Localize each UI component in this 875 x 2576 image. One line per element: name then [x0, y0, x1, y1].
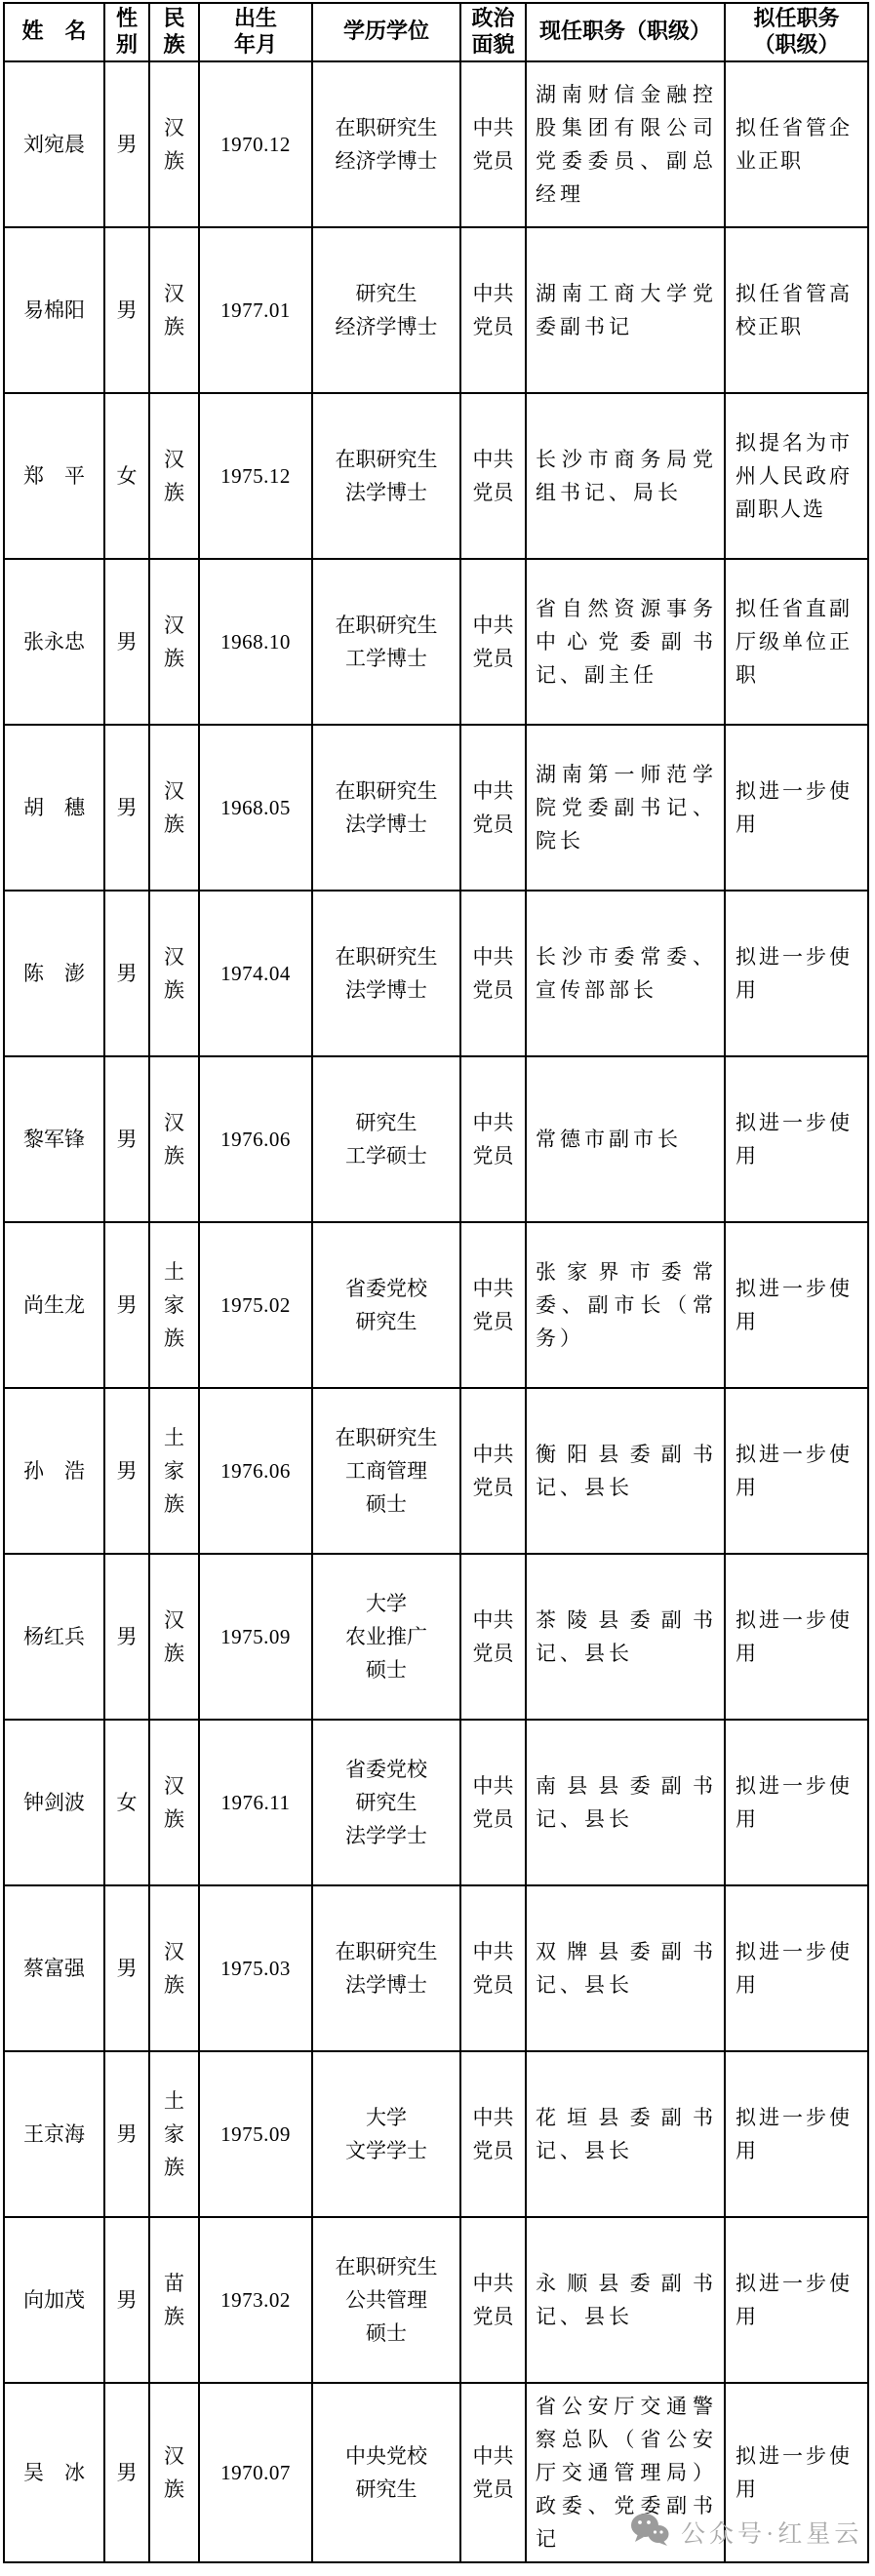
- birth-cell: 1976.06: [199, 1388, 312, 1554]
- current-cell: 湖南财信金融控股集团有限公司党委委员、副总经理: [526, 61, 725, 227]
- table-row: 蔡富强男汉 族1975.03在职研究生 法学博士中共 党员双牌县委副书记、县长拟…: [4, 1885, 868, 2051]
- name-cell: 钟剑波: [4, 1720, 104, 1885]
- name-cell: 刘宛晨: [4, 61, 104, 227]
- name-cell: 胡 穗: [4, 725, 104, 891]
- name-cell: 吴 冰: [4, 2383, 104, 2562]
- page: { "table": { "headers": ["姓 名", "性\n别", …: [0, 0, 875, 2576]
- ethnicity-cell: 汉 族: [149, 559, 199, 725]
- birth-cell: 1975.02: [199, 1222, 312, 1388]
- gender-cell: 男: [104, 2217, 149, 2383]
- header-birth-date: 出生 年月: [199, 3, 312, 61]
- proposed-cell: 拟进一步使用: [725, 1554, 868, 1720]
- ethnicity-cell: 苗 族: [149, 2217, 199, 2383]
- education-cell: 研究生 工学硕士: [312, 1056, 460, 1222]
- gender-cell: 男: [104, 1885, 149, 2051]
- name-cell: 孙 浩: [4, 1388, 104, 1554]
- table-row: 向加茂男苗 族1973.02在职研究生 公共管理 硕士中共 党员永顺县委副书记、…: [4, 2217, 868, 2383]
- education-cell: 在职研究生 法学博士: [312, 725, 460, 891]
- gender-cell: 男: [104, 227, 149, 393]
- proposed-cell: 拟任省直副厅级单位正职: [725, 559, 868, 725]
- ethnicity-cell: 汉 族: [149, 1720, 199, 1885]
- table-row: 钟剑波女汉 族1976.11省委党校 研究生 法学学士中共 党员南县县委副书记、…: [4, 1720, 868, 1885]
- table-row: 王京海男土 家 族1975.09大学 文学学士中共 党员花垣县委副书记、县长拟进…: [4, 2051, 868, 2217]
- party-cell: 中共 党员: [460, 393, 526, 559]
- education-cell: 大学 农业推广 硕士: [312, 1554, 460, 1720]
- header-political-status: 政治 面貌: [460, 3, 526, 61]
- proposed-cell: 拟进一步使用: [725, 1885, 868, 2051]
- education-cell: 省委党校 研究生 法学学士: [312, 1720, 460, 1885]
- gender-cell: 男: [104, 1388, 149, 1554]
- table-row: 孙 浩男土 家 族1976.06在职研究生 工商管理 硕士中共 党员衡阳县委副书…: [4, 1388, 868, 1554]
- party-cell: 中共 党员: [460, 1885, 526, 2051]
- party-cell: 中共 党员: [460, 559, 526, 725]
- birth-cell: 1973.02: [199, 2217, 312, 2383]
- ethnicity-cell: 汉 族: [149, 891, 199, 1056]
- table-row: 黎军锋男汉 族1976.06研究生 工学硕士中共 党员常德市副市长拟进一步使用: [4, 1056, 868, 1222]
- name-cell: 蔡富强: [4, 1885, 104, 2051]
- header-education: 学历学位: [312, 3, 460, 61]
- gender-cell: 男: [104, 1554, 149, 1720]
- gender-cell: 男: [104, 61, 149, 227]
- name-cell: 陈 澎: [4, 891, 104, 1056]
- header-ethnicity: 民 族: [149, 3, 199, 61]
- gender-cell: 男: [104, 2051, 149, 2217]
- table-row: 胡 穗男汉 族1968.05在职研究生 法学博士中共 党员湖南第一师范学院党委副…: [4, 725, 868, 891]
- gender-cell: 男: [104, 725, 149, 891]
- proposed-cell: 拟进一步使用: [725, 1056, 868, 1222]
- current-cell: 茶陵县委副书记、县长: [526, 1554, 725, 1720]
- party-cell: 中共 党员: [460, 1388, 526, 1554]
- ethnicity-cell: 汉 族: [149, 1885, 199, 2051]
- name-cell: 杨红兵: [4, 1554, 104, 1720]
- education-cell: 在职研究生 法学博士: [312, 1885, 460, 2051]
- table-row: 易棉阳男汉 族1977.01研究生 经济学博士中共 党员湖南工商大学党委副书记拟…: [4, 227, 868, 393]
- ethnicity-cell: 汉 族: [149, 393, 199, 559]
- proposed-cell: 拟进一步使用: [725, 2217, 868, 2383]
- education-cell: 在职研究生 公共管理 硕士: [312, 2217, 460, 2383]
- birth-cell: 1977.01: [199, 227, 312, 393]
- proposed-cell: 拟进一步使用: [725, 2051, 868, 2217]
- header-gender: 性 别: [104, 3, 149, 61]
- current-cell: 衡阳县委副书记、县长: [526, 1388, 725, 1554]
- table-row: 杨红兵男汉 族1975.09大学 农业推广 硕士中共 党员茶陵县委副书记、县长拟…: [4, 1554, 868, 1720]
- ethnicity-cell: 汉 族: [149, 1554, 199, 1720]
- proposed-cell: 拟进一步使用: [725, 891, 868, 1056]
- education-cell: 在职研究生 法学博士: [312, 393, 460, 559]
- proposed-cell: 拟进一步使用: [725, 1222, 868, 1388]
- education-cell: 在职研究生 法学博士: [312, 891, 460, 1056]
- party-cell: 中共 党员: [460, 1554, 526, 1720]
- current-cell: 常德市副市长: [526, 1056, 725, 1222]
- education-cell: 在职研究生 工商管理 硕士: [312, 1388, 460, 1554]
- education-cell: 省委党校 研究生: [312, 1222, 460, 1388]
- gender-cell: 男: [104, 891, 149, 1056]
- current-cell: 长沙市委常委、宣传部部长: [526, 891, 725, 1056]
- party-cell: 中共 党员: [460, 2051, 526, 2217]
- birth-cell: 1975.09: [199, 2051, 312, 2217]
- party-cell: 中共 党员: [460, 61, 526, 227]
- gender-cell: 女: [104, 393, 149, 559]
- party-cell: 中共 党员: [460, 1222, 526, 1388]
- gender-cell: 男: [104, 2383, 149, 2562]
- current-cell: 省自然资源事务中心党委副书记、副主任: [526, 559, 725, 725]
- gender-cell: 男: [104, 1222, 149, 1388]
- table-row: 尚生龙男土 家 族1975.02省委党校 研究生中共 党员张家界市委常委、副市长…: [4, 1222, 868, 1388]
- table-row: 张永忠男汉 族1968.10在职研究生 工学博士中共 党员省自然资源事务中心党委…: [4, 559, 868, 725]
- ethnicity-cell: 土 家 族: [149, 2051, 199, 2217]
- table-row: 郑 平女汉 族1975.12在职研究生 法学博士中共 党员长沙市商务局党组书记、…: [4, 393, 868, 559]
- header-current-position: 现任职务（职级）: [526, 3, 725, 61]
- current-cell: 花垣县委副书记、县长: [526, 2051, 725, 2217]
- gender-cell: 男: [104, 1056, 149, 1222]
- proposed-cell: 拟进一步使用: [725, 1720, 868, 1885]
- current-cell: 长沙市商务局党组书记、局长: [526, 393, 725, 559]
- birth-cell: 1974.04: [199, 891, 312, 1056]
- current-cell: 张家界市委常委、副市长（常务）: [526, 1222, 725, 1388]
- watermark-text: 公众号·红星云: [681, 2515, 862, 2550]
- header-row: 姓 名 性 别 民 族 出生 年月 学历学位 政治 面貌 现任职务（职级） 拟任…: [4, 3, 868, 61]
- birth-cell: 1975.03: [199, 1885, 312, 2051]
- proposed-cell: 拟提名为市州人民政府副职人选: [725, 393, 868, 559]
- ethnicity-cell: 汉 族: [149, 227, 199, 393]
- current-cell: 湖南第一师范学院党委副书记、院长: [526, 725, 725, 891]
- header-name: 姓 名: [4, 3, 104, 61]
- party-cell: 中共 党员: [460, 1056, 526, 1222]
- name-cell: 郑 平: [4, 393, 104, 559]
- education-cell: 大学 文学学士: [312, 2051, 460, 2217]
- ethnicity-cell: 土 家 族: [149, 1222, 199, 1388]
- birth-cell: 1970.12: [199, 61, 312, 227]
- name-cell: 黎军锋: [4, 1056, 104, 1222]
- proposed-cell: 拟任省管企业正职: [725, 61, 868, 227]
- name-cell: 向加茂: [4, 2217, 104, 2383]
- name-cell: 张永忠: [4, 559, 104, 725]
- ethnicity-cell: 汉 族: [149, 725, 199, 891]
- gender-cell: 女: [104, 1720, 149, 1885]
- name-cell: 易棉阳: [4, 227, 104, 393]
- gender-cell: 男: [104, 559, 149, 725]
- proposed-cell: 拟进一步使用: [725, 725, 868, 891]
- birth-cell: 1976.06: [199, 1056, 312, 1222]
- ethnicity-cell: 土 家 族: [149, 1388, 199, 1554]
- header-proposed-position: 拟任职务 （职级）: [725, 3, 868, 61]
- watermark: 公众号·红星云: [630, 2513, 862, 2551]
- party-cell: 中共 党员: [460, 227, 526, 393]
- party-cell: 中共 党员: [460, 1720, 526, 1885]
- table-row: 陈 澎男汉 族1974.04在职研究生 法学博士中共 党员长沙市委常委、宣传部部…: [4, 891, 868, 1056]
- birth-cell: 1968.05: [199, 725, 312, 891]
- party-cell: 中共 党员: [460, 2217, 526, 2383]
- ethnicity-cell: 汉 族: [149, 61, 199, 227]
- current-cell: 永顺县委副书记、县长: [526, 2217, 725, 2383]
- table-row: 刘宛晨男汉 族1970.12在职研究生 经济学博士中共 党员湖南财信金融控股集团…: [4, 61, 868, 227]
- personnel-table: 姓 名 性 别 民 族 出生 年月 学历学位 政治 面貌 现任职务（职级） 拟任…: [3, 2, 869, 2563]
- birth-cell: 1975.09: [199, 1554, 312, 1720]
- birth-cell: 1975.12: [199, 393, 312, 559]
- party-cell: 中共 党员: [460, 891, 526, 1056]
- proposed-cell: 拟任省管高校正职: [725, 227, 868, 393]
- education-cell: 中央党校 研究生: [312, 2383, 460, 2562]
- birth-cell: 1968.10: [199, 559, 312, 725]
- party-cell: 中共 党员: [460, 2383, 526, 2562]
- name-cell: 王京海: [4, 2051, 104, 2217]
- education-cell: 研究生 经济学博士: [312, 227, 460, 393]
- current-cell: 南县县委副书记、县长: [526, 1720, 725, 1885]
- birth-cell: 1970.07: [199, 2383, 312, 2562]
- education-cell: 在职研究生 工学博士: [312, 559, 460, 725]
- ethnicity-cell: 汉 族: [149, 2383, 199, 2562]
- current-cell: 双牌县委副书记、县长: [526, 1885, 725, 2051]
- wechat-icon: [630, 2513, 669, 2551]
- birth-cell: 1976.11: [199, 1720, 312, 1885]
- education-cell: 在职研究生 经济学博士: [312, 61, 460, 227]
- ethnicity-cell: 汉 族: [149, 1056, 199, 1222]
- name-cell: 尚生龙: [4, 1222, 104, 1388]
- party-cell: 中共 党员: [460, 725, 526, 891]
- proposed-cell: 拟进一步使用: [725, 1388, 868, 1554]
- current-cell: 湖南工商大学党委副书记: [526, 227, 725, 393]
